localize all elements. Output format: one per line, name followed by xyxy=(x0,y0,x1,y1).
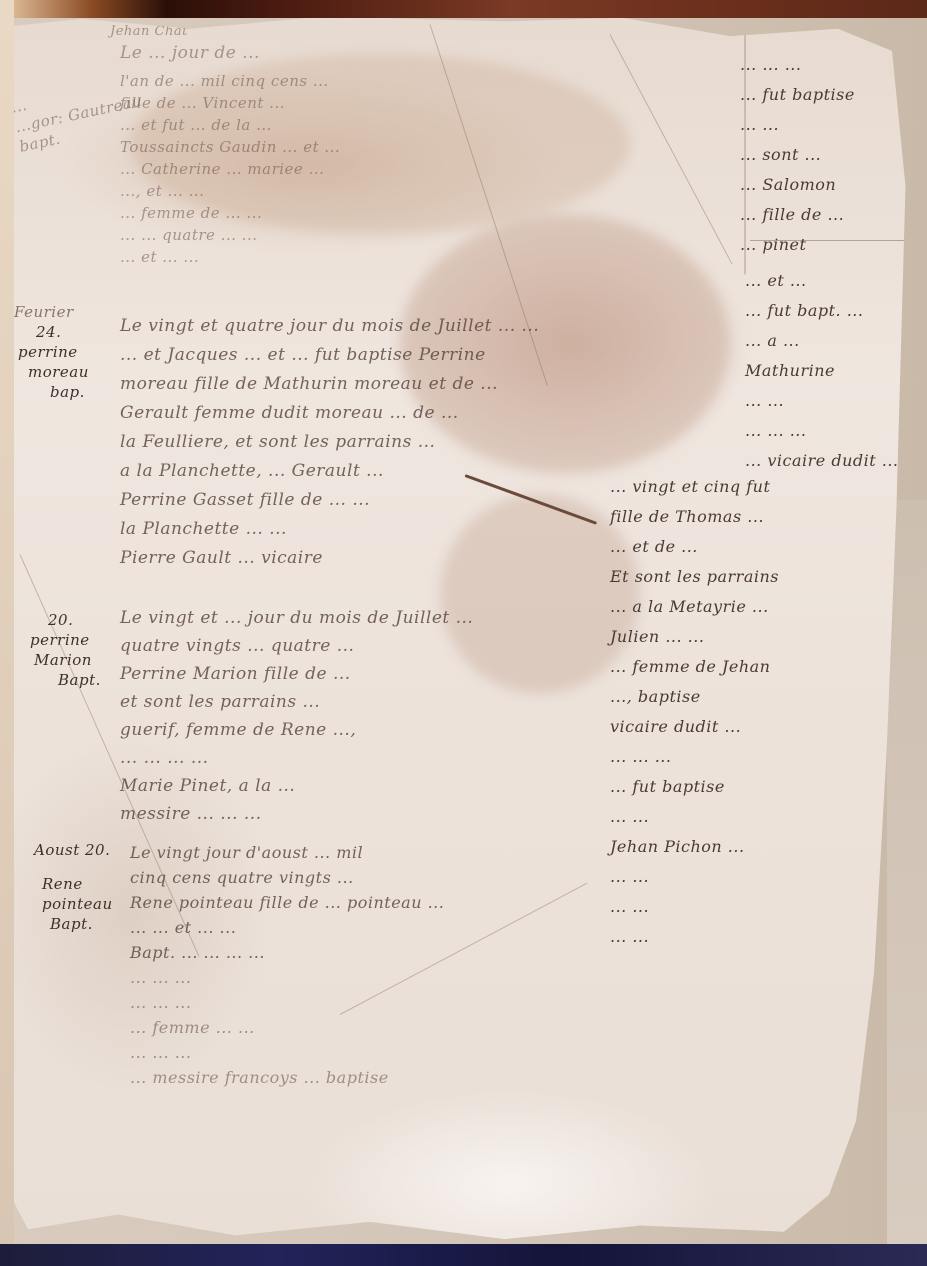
entry-3-text: Le vingt et ... jour du mois de Juillet … xyxy=(120,604,473,828)
entry-2-text: Le vingt et quatre jour du mois de Juill… xyxy=(120,312,539,573)
page-left-edge xyxy=(0,0,14,1266)
dark-cloth-below-page xyxy=(0,1244,927,1266)
manuscript-page: Jehan Chat ... ...gor: Gautreau bapt. Le… xyxy=(10,14,910,1244)
right-column-top: ... ... ... ... fut baptise ... ... ... … xyxy=(740,50,855,260)
margin-note-2: Feurier 24. perrine moreau bap. xyxy=(14,302,89,402)
entry-4-text: Le vingt jour d'aoust ... mil cinq cens … xyxy=(130,840,444,1090)
margin-note-3: 20. perrine Marion Bapt. xyxy=(24,610,101,690)
table-surface xyxy=(887,500,927,1266)
margin-note-4: Aoust 20. Rene pointeau Bapt. xyxy=(34,840,113,934)
entry-1-text: Le ... jour de ... l'an de ... mil cinq … xyxy=(120,36,340,268)
right-column-lower: ... vingt et cinq fut fille de Thomas ..… xyxy=(610,472,779,952)
torn-top-edge xyxy=(0,0,927,18)
right-column-middle: ... et ... ... fut bapt. ... ... a ... M… xyxy=(745,266,899,476)
